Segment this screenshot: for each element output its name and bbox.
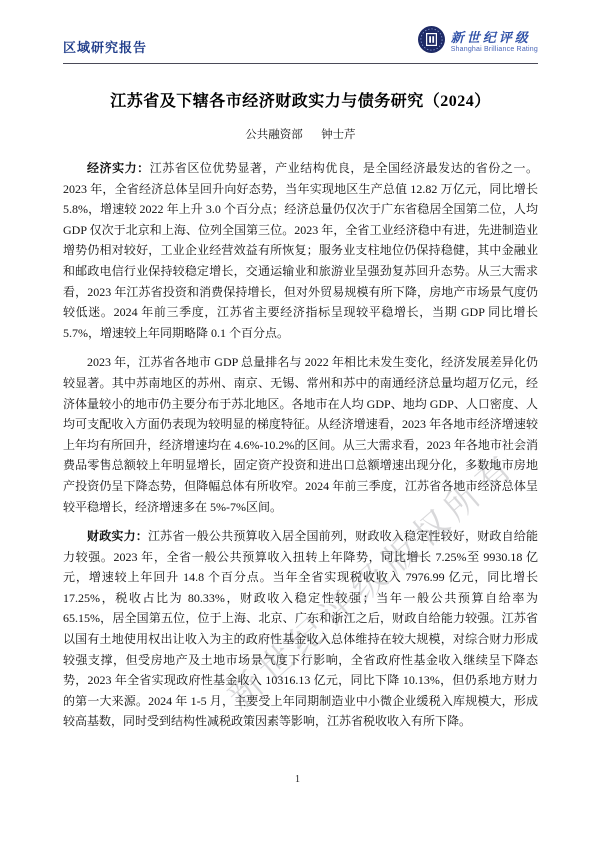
brilliance-seal-icon xyxy=(418,26,445,58)
document-body: 江苏省及下辖各市经济财政实力与债务研究（2024） 公共融资部钟士芹 经济实力：… xyxy=(63,88,538,732)
byline-department: 公共融资部 xyxy=(245,129,303,141)
brand-logo: 新世纪评级 Shanghai Brilliance Rating xyxy=(418,26,538,63)
byline: 公共融资部钟士芹 xyxy=(63,126,538,142)
paragraph-lead: 财政实力： xyxy=(87,529,148,543)
paragraph-economic-strength: 经济实力：江苏省区位优势显著，产业结构优良，是全国经济最发达的省份之一。2023… xyxy=(63,158,538,343)
paragraph-text: 江苏省一般公共预算收入居全国前列，财政收入稳定性较好，财政自给能力较强。2023… xyxy=(63,529,538,728)
page-header: 区域研究报告 新世纪评级 Shanghai Brilliance Rating xyxy=(63,26,538,64)
paragraph-fiscal-strength: 财政实力：江苏省一般公共预算收入居全国前列，财政收入稳定性较好，财政自给能力较强… xyxy=(63,526,538,732)
byline-author: 钟士芹 xyxy=(321,129,356,141)
report-type-label: 区域研究报告 xyxy=(63,37,147,63)
paragraph-text: 2023 年，江苏省各地市 GDP 总量排名与 2022 年相比未发生变化，经济… xyxy=(63,355,538,513)
paragraph-lead: 经济实力： xyxy=(87,161,150,175)
paragraph-city-gdp: 2023 年，江苏省各地市 GDP 总量排名与 2022 年相比未发生变化，经济… xyxy=(63,352,538,517)
report-page: 区域研究报告 新世纪评级 Shanghai Brilliance Rating … xyxy=(0,0,595,842)
document-title: 江苏省及下辖各市经济财政实力与债务研究（2024） xyxy=(63,88,538,111)
page-number: 1 xyxy=(0,774,595,785)
paragraph-text: 江苏省区位优势显著，产业结构优良，是全国经济最发达的省份之一。2023 年，全省… xyxy=(63,161,538,340)
brand-text: 新世纪评级 Shanghai Brilliance Rating xyxy=(451,31,538,54)
brand-name-cn: 新世纪评级 xyxy=(451,31,538,45)
brand-name-en: Shanghai Brilliance Rating xyxy=(451,46,538,54)
